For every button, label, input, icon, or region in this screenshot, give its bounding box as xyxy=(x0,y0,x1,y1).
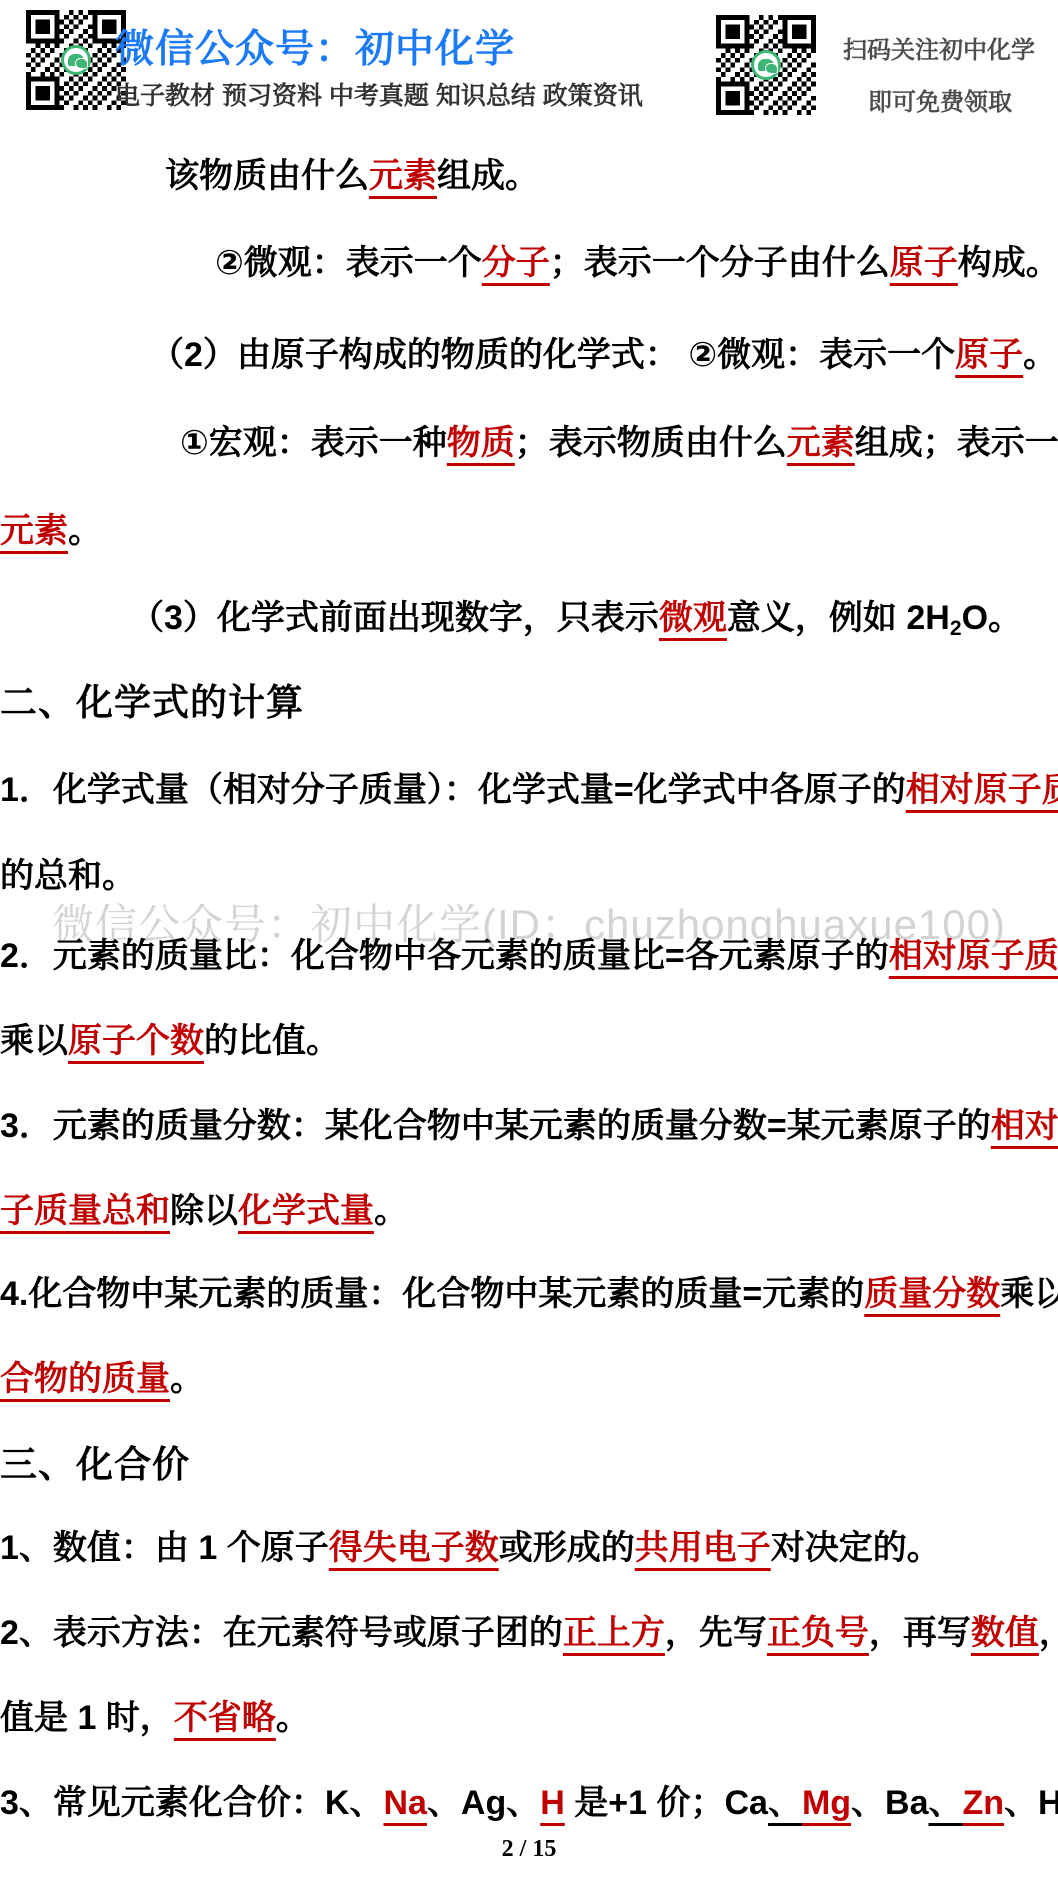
text-run: 原子个数 xyxy=(68,1022,204,1060)
text-run: 元素 xyxy=(787,424,855,462)
text-run: 2、表示方法：在元素符号或原子团的 xyxy=(0,1614,563,1652)
section-heading: 三、化合价 xyxy=(0,1434,190,1488)
text-run: 1．化学式量（相对分子质量）：化学式量=化学式中各原子的 xyxy=(0,771,906,809)
section-heading: 二、化学式的计算 xyxy=(0,672,304,726)
text-run: 微观 xyxy=(659,599,727,637)
text-run: 、Ag、 xyxy=(427,1784,540,1822)
text-run: H xyxy=(540,1784,565,1822)
text-run: ①宏观：表示一种 xyxy=(180,424,447,462)
text-run: 。 xyxy=(276,1699,310,1737)
text-run: ，数 xyxy=(1039,1614,1058,1652)
paragraph-line: 子质量总和除以化学式量。 xyxy=(0,1183,408,1232)
paragraph-line: 乘以原子个数的比值。 xyxy=(0,1013,340,1062)
text-run: 是+1 价；Ca xyxy=(565,1784,768,1822)
text-run: Na xyxy=(383,1784,426,1822)
paragraph-line: 1．化学式量（相对分子质量）：化学式量=化学式中各原子的相对原子质量 xyxy=(0,762,1058,811)
paragraph-line: 该物质由什么元素组成。 xyxy=(165,148,539,197)
paragraph-line: 1、数值：由 1 个原子得失电子数或形成的共用电子对决定的。 xyxy=(0,1520,941,1569)
text-run: 3．元素的质量分数：某化合物中某元素的质量分数=某元素原子的 xyxy=(0,1107,991,1145)
paragraph-line: 元素。 xyxy=(0,503,102,552)
text-run: 相对原 xyxy=(991,1107,1058,1145)
text-run: 数值 xyxy=(971,1614,1039,1652)
paragraph-line: ①宏观：表示一种物质；表示物质由什么元素组成；表示一种 xyxy=(180,415,1058,464)
text-run: ；表示物质由什么 xyxy=(515,424,787,462)
text-run: 不省略 xyxy=(174,1699,276,1737)
header-subtitle: 电子教材 预习资料 中考真题 知识总结 政策资讯 xyxy=(115,76,643,112)
paragraph-line: ②微观：表示一个分子；表示一个分子由什么原子构成。 xyxy=(215,235,1058,284)
text-run: 物质 xyxy=(447,424,515,462)
page-footer: 2 / 15 xyxy=(0,1836,1058,1863)
qr-code-right-icon xyxy=(716,15,816,115)
text-run: 构成。 xyxy=(958,244,1058,282)
paragraph-line: 2．元素的质量比：化合物中各元素的质量比=各元素原子的相对原子质量 xyxy=(0,928,1058,977)
text-run: 分子 xyxy=(482,244,550,282)
wechat-logo-icon xyxy=(61,45,91,75)
text-run: 值是 1 时， xyxy=(0,1699,174,1737)
text-run: 三、化合价 xyxy=(0,1444,190,1485)
text-run: ，先写 xyxy=(665,1614,767,1652)
text-run: 或形成的 xyxy=(499,1529,635,1567)
text-run: 乘以 xyxy=(1000,1275,1058,1313)
text-run: ，再写 xyxy=(869,1614,971,1652)
text-run: 除以 xyxy=(170,1192,238,1230)
text-run: 乘以 xyxy=(0,1022,68,1060)
text-run: 组成。 xyxy=(437,157,539,195)
text-run: 2．元素的质量比：化合物中各元素的质量比=各元素原子的 xyxy=(0,937,889,975)
text-run: 4.化合物中某元素的质量：化合物中某元素的质量=元素的 xyxy=(0,1275,864,1313)
text-run: 、Ba xyxy=(851,1784,928,1822)
text-run: 。 xyxy=(374,1192,408,1230)
text-run: 。 xyxy=(170,1360,204,1398)
text-run: 正负号 xyxy=(767,1614,869,1652)
text-run: 1、数值：由 1 个原子 xyxy=(0,1529,329,1567)
text-run: Mg xyxy=(802,1784,851,1822)
wechat-logo-icon xyxy=(751,50,781,80)
scan-note-line2: 即可免费领取 xyxy=(868,82,1012,117)
text-run: 元素 xyxy=(0,512,68,550)
text-run: 子质量总和 xyxy=(0,1192,170,1230)
text-run: 相对原子质量 xyxy=(906,771,1058,809)
text-run: 的总和。 xyxy=(0,857,136,895)
text-run: Zn xyxy=(963,1784,1005,1822)
text-run: （3）化学式前面出现数字，只表示 xyxy=(130,599,659,637)
paragraph-line: 的总和。 xyxy=(0,848,136,897)
text-run: 意义，例如 2H xyxy=(727,599,950,637)
text-run: 原子 xyxy=(955,336,1023,374)
text-run: 的比值。 xyxy=(204,1022,340,1060)
text-run: （2）由原子构成的物质的化学式： ②微观：表示一个 xyxy=(150,336,955,374)
page-number: 2 / 15 xyxy=(502,1836,557,1862)
text-run: 质量分数 xyxy=(864,1275,1000,1313)
paragraph-line: 值是 1 时，不省略。 xyxy=(0,1690,310,1739)
text-run: 、Hg xyxy=(1004,1784,1058,1822)
text-run: 正上方 xyxy=(563,1614,665,1652)
text-run: 2 xyxy=(950,617,962,640)
scan-note-line1: 扫码关注初中化学 xyxy=(843,30,1035,65)
text-run: 该物质由什么 xyxy=(165,157,369,195)
text-run: 。 xyxy=(1023,336,1057,374)
paragraph-line: （2）由原子构成的物质的化学式： ②微观：表示一个原子。 xyxy=(150,327,1057,376)
text-run: 原子 xyxy=(890,244,958,282)
text-run: 合物的质量 xyxy=(0,1360,170,1398)
text-run: 对决定的。 xyxy=(771,1529,941,1567)
paragraph-line: 合物的质量。 xyxy=(0,1351,204,1400)
paragraph-line: 3．元素的质量分数：某化合物中某元素的质量分数=某元素原子的相对原 xyxy=(0,1098,1058,1147)
text-run: O。 xyxy=(962,599,1022,637)
paragraph-line: 2、表示方法：在元素符号或原子团的正上方，先写正负号，再写数值，数 xyxy=(0,1605,1058,1654)
page: 微信公众号：初中化学 电子教材 预习资料 中考真题 知识总结 政策资讯 扫码关注… xyxy=(0,0,1058,1889)
text-run: 3、常见元素化合价：K、 xyxy=(0,1784,383,1822)
text-run: 。 xyxy=(68,512,102,550)
text-run: 元素 xyxy=(369,157,437,195)
text-run: 相对原子质量 xyxy=(889,937,1058,975)
paragraph-line: 4.化合物中某元素的质量：化合物中某元素的质量=元素的质量分数乘以化 xyxy=(0,1266,1058,1315)
text-run: ；表示一个分子由什么 xyxy=(550,244,890,282)
text-run: ②微观：表示一个 xyxy=(215,244,482,282)
text-run: 化学式量 xyxy=(238,1192,374,1230)
text-run: 、 xyxy=(929,1784,963,1822)
paragraph-line: （3）化学式前面出现数字，只表示微观意义，例如 2H2O。 xyxy=(130,590,1022,641)
text-run: 二、化学式的计算 xyxy=(0,682,304,723)
paragraph-line: 3、常见元素化合价：K、Na、Ag、H 是+1 价；Ca、Mg、Ba、Zn、Hg xyxy=(0,1775,1058,1824)
text-run: 共用电子 xyxy=(635,1529,771,1567)
text-run: 组成；表示一种 xyxy=(855,424,1058,462)
text-run: 、 xyxy=(768,1784,802,1822)
qr-code-left-icon xyxy=(26,10,126,110)
wechat-account-title: 微信公众号：初中化学 xyxy=(115,18,515,74)
text-run: 得失电子数 xyxy=(329,1529,499,1567)
